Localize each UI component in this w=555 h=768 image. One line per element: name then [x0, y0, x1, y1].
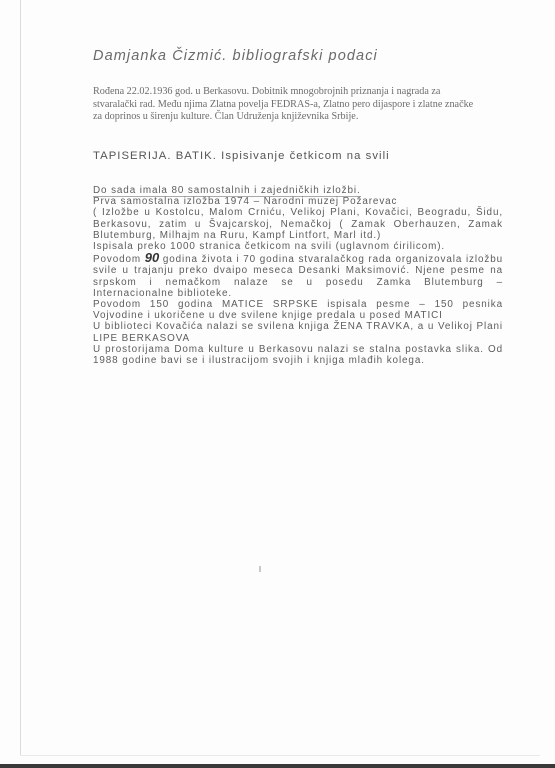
bio-line: stvaralački rad. Među njima Zlatna povel…: [93, 99, 493, 112]
bio-line: za doprinos u širenju kulture. Član Udru…: [93, 111, 493, 124]
scan-speck: [259, 566, 261, 572]
bio-line: Rođena 22.02.1936 god. u Berkasovu. Dobi…: [93, 86, 493, 99]
paragraph-anniversary-exhibition: Povodom 90 godina života i 70 godina stv…: [93, 252, 503, 299]
body-text: Do sada imala 80 samostalnih i zajedničk…: [93, 185, 503, 366]
paragraph-permanent-exhibit: U prostorijama Doma kulture u Berkasovu …: [93, 344, 503, 366]
biography-block: Rođena 22.02.1936 god. u Berkasovu. Dobi…: [93, 86, 493, 124]
scan-page-bottom-edge: [20, 755, 540, 756]
paragraph-first-exhibition: Prva samostalna izložba 1974 – Narodni m…: [93, 196, 503, 207]
paragraph-prefix: Povodom: [93, 254, 141, 265]
paragraph-text: Do sada imala 80 samostalnih i zajedničk…: [93, 185, 361, 197]
document-title: Damjanka Čizmić. bibliografski podaci: [93, 48, 378, 64]
section-heading: TAPISERIJA. BATIK. Ispisivanje četkicom …: [93, 150, 390, 162]
paragraph-exhibitions-count: Do sada imala 80 samostalnih i zajedničk…: [93, 185, 503, 196]
scan-bottom-bar: [0, 764, 555, 768]
handwritten-number: 90: [145, 250, 159, 265]
paragraph-exhibition-locations: ( Izložbe u Kostolcu, Malom Crniću, Veli…: [93, 207, 503, 241]
paragraph-library-books: U biblioteci Kovačića nalazi se svilena …: [93, 321, 503, 343]
scan-page-border: [20, 0, 21, 755]
paragraph-matica-srpska: Povodom 150 godina MATICE SRPSKE ispisal…: [93, 299, 503, 321]
